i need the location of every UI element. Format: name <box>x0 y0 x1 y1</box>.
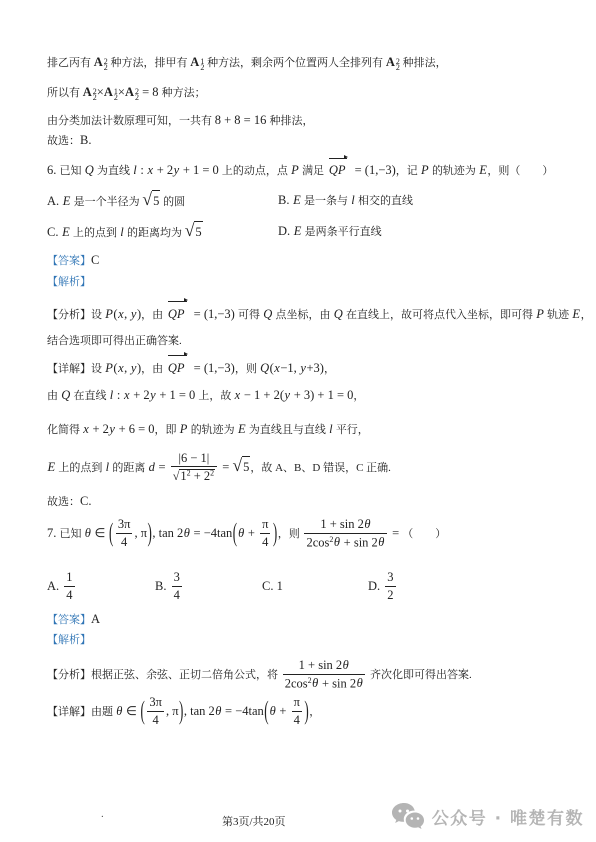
q6-conclusion: 故选：C. <box>47 491 91 511</box>
text-run: 相交的直线 <box>355 195 413 207</box>
math-run: , tan 2 <box>152 526 183 540</box>
q7-stem: 7. 已知 θ ∈ (3π4, π), tan 2θ = −4tan(θ + π… <box>47 516 446 550</box>
math-run: π <box>294 695 300 709</box>
q7-options-option-a: A. 14 <box>47 570 155 602</box>
q7-detail: 【详解】由题 θ ∈ (3π4, π), tan 2θ = −4tan(θ + … <box>47 695 320 721</box>
section-label: 【答案】 <box>47 614 91 626</box>
text-run: 轨迹 <box>544 309 572 321</box>
q7-answer: 【答案】A <box>47 609 100 629</box>
square-root: √5 <box>185 223 203 240</box>
watermark: 公众号 · 唯楚有数 <box>391 802 584 830</box>
stretch-paren: ( <box>232 499 237 567</box>
text-run: 由分类加法计数原理可知，一共有 <box>47 115 215 127</box>
stretch-paren: ( <box>264 685 269 737</box>
text-run: 的轨迹为 <box>188 424 238 436</box>
denominator: 4 <box>64 586 74 603</box>
text-run: 已知 <box>60 528 85 540</box>
perm-base: A <box>104 85 113 99</box>
fraction: 1 + sin 2θ2cos2θ + sin 2θ <box>283 658 365 691</box>
math-run: : <box>114 388 124 402</box>
text-run: 排乙丙有 <box>47 57 94 69</box>
text-run: ，则（ ） <box>487 165 553 177</box>
fraction: 1 + sin 2θ2cos2θ + sin 2θ <box>304 517 386 550</box>
math-run: A. <box>47 194 62 208</box>
math-variable: P <box>421 163 430 177</box>
math-run: 8 + 8 = 16 <box>215 113 270 127</box>
text-run: 在直线上，故可将点代入坐标，即可得 <box>343 309 536 321</box>
numerator: 3π <box>116 517 133 533</box>
math-run: 5 <box>195 225 201 239</box>
math-variable: θ <box>342 658 349 672</box>
q6-options-cd: C. E 上的点到 l 的距离均为 √5D. E 是两条平行直线 <box>47 220 382 240</box>
math-run: +3) <box>306 361 323 375</box>
denominator: 2cos2θ + sin 2θ <box>304 533 386 550</box>
math-run: 4 <box>294 713 300 727</box>
math-run: C <box>91 253 99 267</box>
numerator: 3 <box>385 570 395 586</box>
math-run: = <box>219 460 232 474</box>
q6-options-cd-option-d: D. E 是两条平行直线 <box>278 221 382 242</box>
math-run: ∈ <box>91 526 108 540</box>
numerator: π <box>292 695 302 711</box>
math-run: + 2 <box>89 422 109 436</box>
perm-conclusion: 故选：B. <box>47 130 91 150</box>
math-run: + 6 = 0 <box>115 422 154 436</box>
text-run: 的距离均为 <box>124 227 185 239</box>
math-run: C. <box>47 225 62 239</box>
section-label: 【解析】 <box>47 634 91 646</box>
text-run: 上，故 <box>198 390 234 402</box>
math-run: + sin 2 <box>341 535 378 549</box>
permutation-symbol: A22 <box>125 83 139 100</box>
math-run: 2cos <box>306 535 329 549</box>
math-variable: E <box>62 194 71 208</box>
text-run: 种方法； <box>162 87 206 99</box>
text-run: ，即 <box>155 424 180 436</box>
text-run: ， <box>581 309 592 321</box>
math-run: A <box>91 612 100 626</box>
text-run: 可得 <box>238 309 263 321</box>
stretch-paren: ) <box>147 499 152 567</box>
square-root: √12 + 22 <box>173 471 215 483</box>
perm-step-2: 所以有 A22×A12×A22 = 8 种方法； <box>47 80 206 104</box>
math-variable: E <box>293 193 302 207</box>
text-run: 结合选项即可得出正确答案. <box>47 335 182 347</box>
math-run: − 1 + 2( <box>241 388 284 402</box>
section-label: 【解析】 <box>47 276 91 288</box>
text-run: 上的动点，点 <box>222 165 291 177</box>
radical-sign: √ <box>185 220 195 240</box>
text-run: 种方法，排甲有 <box>108 57 191 69</box>
math-run: π <box>262 517 268 531</box>
permutation-symbol: A22 <box>83 83 97 100</box>
math-run: 1 <box>66 570 72 584</box>
math-run: ∈ <box>123 704 140 718</box>
text-run: 上的点到 <box>70 227 120 239</box>
stretch-paren: ) <box>179 685 184 737</box>
text-run: 为直线且与直线 <box>246 424 329 436</box>
stretch-paren: ) <box>304 685 309 737</box>
numerator: 3 <box>172 570 182 586</box>
stretch-paren: ( <box>140 685 145 737</box>
math-run: 3 <box>387 570 393 584</box>
math-run: C. 1 <box>262 579 283 593</box>
math-run: = 8 <box>139 85 162 99</box>
text-run: 齐次化即可得出答案. <box>367 669 472 681</box>
text-run: 所以有 <box>47 87 83 99</box>
text-run: 满足 <box>299 165 327 177</box>
perm-base: A <box>190 55 199 69</box>
perm-base: A <box>94 55 103 69</box>
radical-sign: √ <box>142 189 152 209</box>
q6-options-ab: A. E 是一个半径为 √5 的圆B. E 是一条与 l 相交的直线 <box>47 189 413 209</box>
math-run: + 1 = 0 <box>156 388 198 402</box>
math-variable: θ <box>312 676 319 690</box>
text-run: ，由 <box>141 363 166 375</box>
math-run: + <box>245 526 258 540</box>
denominator: √12 + 22 <box>171 466 217 484</box>
math-run: |6 − 1| <box>179 451 210 465</box>
math-run: 3π <box>118 517 131 531</box>
q6-detail-3: 化简得 x + 2y + 6 = 0，即 P 的轨迹为 E 为直线且与直线 l … <box>47 419 369 439</box>
math-variable: θ <box>364 517 371 531</box>
q6-options-ab-option-b: B. E 是一条与 l 相交的直线 <box>278 190 413 211</box>
math-variable: E <box>293 224 302 238</box>
radical-sign: √ <box>232 455 242 475</box>
math-run: : <box>137 163 147 177</box>
radicand: 12 + 22 <box>179 469 215 483</box>
text-run: ，则 <box>278 528 303 540</box>
math-run: 1 + sin 2 <box>299 658 343 672</box>
section-label: 【答案】 <box>47 255 91 267</box>
math-run: 4 <box>153 713 159 727</box>
stretch-paren: ) <box>272 499 277 567</box>
text-run: ， <box>324 363 335 375</box>
square-root: √5 <box>142 192 160 209</box>
text-run: 【分析】设 <box>47 309 105 321</box>
denominator: 4 <box>147 711 164 728</box>
numerator: 3π <box>147 695 164 711</box>
q7-analysis-header: 【解析】 <box>47 629 91 649</box>
text-run: 的轨迹为 <box>429 165 479 177</box>
numerator: |6 − 1| <box>171 451 217 467</box>
text-run: ， <box>353 390 364 402</box>
math-run: B. <box>155 579 170 593</box>
text-run: 已知 <box>60 165 85 177</box>
q7-options-option-d: D. 32 <box>368 570 398 602</box>
math-run: A. <box>47 579 62 593</box>
q6-options-ab-option-a: A. E 是一个半径为 √5 的圆 <box>47 189 278 212</box>
math-run: = <box>155 460 168 474</box>
text-run: ， <box>309 706 320 718</box>
math-run: = (1,−3) <box>351 163 395 177</box>
denominator: 2cos2θ + sin 2θ <box>283 674 365 691</box>
q6-analysis-1: 【分析】设 P(x, y)，由 QP = (1,−3) 可得 Q 点坐标，由 Q… <box>47 299 592 323</box>
math-run: 5 <box>243 460 249 474</box>
math-run: 4 <box>66 588 72 602</box>
text-run: ，记 <box>396 165 421 177</box>
vector: QP <box>328 156 351 181</box>
text-run: ，故 A、B、D 错误，C 正确. <box>250 462 391 474</box>
perm-base: A <box>125 85 134 99</box>
text-run: 种方法，剩余两个位置两人全排列有 <box>204 57 386 69</box>
text-run: 的距离 <box>110 462 149 474</box>
numerator: 1 <box>64 570 74 586</box>
math-run: 7. <box>47 526 60 540</box>
math-variable: Q <box>260 361 270 375</box>
square-root: √5 <box>232 458 250 475</box>
q6-detail-1: 【详解】设 P(x, y)，由 QP = (1,−3)，则 Q(x−1, y+3… <box>47 353 335 377</box>
watermark-text: 公众号 · 唯楚有数 <box>432 804 584 829</box>
perm-base: A <box>386 55 395 69</box>
math-run: , π <box>134 526 147 540</box>
fraction: 34 <box>172 570 182 602</box>
perm-step-3: 由分类加法计数原理可知，一共有 8 + 8 = 16 种排法， <box>47 110 313 130</box>
fraction: π4 <box>260 517 270 549</box>
text-run: ，则 <box>235 363 260 375</box>
fraction: π4 <box>292 695 302 727</box>
q7-options-option-c: C. 1 <box>262 573 368 599</box>
text-run: 是一个半径为 <box>71 196 143 208</box>
text-run: 上的点到 <box>56 462 106 474</box>
q7-options-option-b: B. 34 <box>155 570 262 602</box>
math-run: 4 <box>121 535 127 549</box>
math-variable: E <box>62 225 71 239</box>
math-run: × <box>97 85 104 99</box>
math-variable: Q <box>333 307 343 321</box>
fraction: 3π4 <box>116 517 133 549</box>
page-number: 第3页/共20页 <box>222 813 286 829</box>
radicand: 5 <box>194 221 202 240</box>
q6-detail-4: E 上的点到 l 的距离 d = |6 − 1|√12 + 22 = √5，故 … <box>47 448 391 482</box>
text-run: 故选： <box>47 496 80 508</box>
fraction: 14 <box>64 570 74 602</box>
permutation-symbol: A22 <box>386 53 400 70</box>
text-run: 【详解】由题 <box>47 706 116 718</box>
math-variable: θ <box>116 704 123 718</box>
permutation-symbol: A22 <box>94 53 108 70</box>
math-variable: θ <box>238 526 245 540</box>
math-run: , tan 2 <box>184 704 215 718</box>
math-variable: E <box>47 460 56 474</box>
math-run: B. <box>80 133 91 147</box>
text-run: 故选： <box>47 135 80 147</box>
math-variable: P <box>179 422 188 436</box>
stray-dot: . <box>101 808 104 820</box>
math-run: B. <box>278 193 293 207</box>
vector: QP <box>167 353 190 380</box>
fraction: 32 <box>385 570 395 602</box>
q7-analysis: 【分析】根据正弦、余弦、正切二倍角公式，将 1 + sin 2θ2cos2θ +… <box>47 658 472 684</box>
q6-options-cd-option-c: C. E 上的点到 l 的距离均为 √5 <box>47 220 278 243</box>
math-variable: θ <box>378 535 385 549</box>
math-variable: θ <box>356 676 363 690</box>
perm-step-1: 排乙丙有 A22 种方法，排甲有 A12 种方法，剩余两个位置两人全排列有 A2… <box>47 50 447 74</box>
math-run: = <box>389 526 402 540</box>
text-run: 由 <box>47 390 61 402</box>
math-run: D. <box>368 579 383 593</box>
math-run: × <box>118 85 125 99</box>
permutation-symbol: A12 <box>190 53 204 70</box>
math-run: = (1,−3) <box>191 307 238 321</box>
denominator: 4 <box>116 533 133 550</box>
math-run: + 2 <box>154 163 174 177</box>
perm-base: A <box>83 85 92 99</box>
math-variable: Q <box>263 307 273 321</box>
text-run: 是两条平行直线 <box>302 226 382 238</box>
q6-answer: 【答案】C <box>47 250 99 270</box>
text-run: 种排法， <box>400 57 447 69</box>
math-run: 2 <box>387 588 393 602</box>
stretch-paren: ( <box>109 499 114 567</box>
math-run: D. <box>278 224 293 238</box>
fraction: 3π4 <box>147 695 164 727</box>
text-run: （ ） <box>402 528 446 540</box>
math-run: ( <box>113 307 117 321</box>
math-run: + sin 2 <box>319 676 356 690</box>
math-variable: E <box>572 307 581 321</box>
numerator: 1 + sin 2θ <box>283 658 365 674</box>
math-run: 3 <box>174 570 180 584</box>
math-run: = −4tan <box>190 526 232 540</box>
math-run: + <box>276 704 289 718</box>
math-run: 3π <box>149 695 162 709</box>
text-run: 的圆 <box>160 196 185 208</box>
math-run: + 2 <box>191 469 211 483</box>
text-run: 为直线 <box>94 165 133 177</box>
q6-analysis-2: 结合选项即可得出正确答案. <box>47 330 182 350</box>
permutation-symbol: A12 <box>104 83 118 100</box>
math-run: C. <box>80 494 91 508</box>
math-run: 5 <box>153 194 159 208</box>
math-run: + 3) + 1 = 0 <box>291 388 354 402</box>
text-run: 平行， <box>333 424 369 436</box>
denominator: 2 <box>385 586 395 603</box>
q6-stem: 6. 已知 Q 为直线 l : x + 2y + 1 = 0 上的动点，点 P … <box>47 156 553 178</box>
fraction: |6 − 1|√12 + 22 <box>171 451 217 484</box>
wechat-icon <box>391 802 425 830</box>
q6-detail-2: 由 Q 在直线 l : x + 2y + 1 = 0 上，故 x − 1 + 2… <box>47 385 364 405</box>
math-run: 4 <box>174 588 180 602</box>
superscript: 2 <box>210 468 214 477</box>
math-run: −1, <box>280 361 300 375</box>
text-run: 点坐标，由 <box>273 309 334 321</box>
text-run: 【分析】根据正弦、余弦、正切二倍角公式，将 <box>47 669 281 681</box>
denominator: 4 <box>260 533 270 550</box>
vector: QP <box>167 299 190 326</box>
math-run: 1 + sin 2 <box>320 517 364 531</box>
text-run: 种排法， <box>269 115 313 127</box>
text-run: 是一条与 <box>301 195 351 207</box>
math-run: + 1 = 0 <box>180 163 222 177</box>
math-run: = (1,−3) <box>191 361 235 375</box>
q6-analysis-header: 【解析】 <box>47 271 91 291</box>
math-run: , π <box>166 704 179 718</box>
math-run: 6. <box>47 163 60 177</box>
text-run: 在直线 <box>71 390 110 402</box>
math-variable: θ <box>333 535 340 549</box>
numerator: 1 + sin 2θ <box>304 517 386 533</box>
text-run: 化简得 <box>47 424 83 436</box>
page: 排乙丙有 A22 种方法，排甲有 A12 种方法，剩余两个位置两人全排列有 A2… <box>0 0 596 842</box>
math-run: 4 <box>262 535 268 549</box>
math-variable: E <box>237 422 246 436</box>
denominator: 4 <box>172 586 182 603</box>
math-variable: θ <box>215 704 222 718</box>
text-run: 【详解】设 <box>47 363 105 375</box>
math-run: = −4tan <box>222 704 264 718</box>
math-run: ( <box>113 361 117 375</box>
math-variable: Q <box>84 163 94 177</box>
denominator: 4 <box>292 711 302 728</box>
math-variable: Q <box>61 388 71 402</box>
math-run: + 2 <box>130 388 150 402</box>
numerator: π <box>260 517 270 533</box>
text-run: ，由 <box>141 309 166 321</box>
q7-options: A. 14B. 34C. 1D. 32 <box>47 570 398 596</box>
